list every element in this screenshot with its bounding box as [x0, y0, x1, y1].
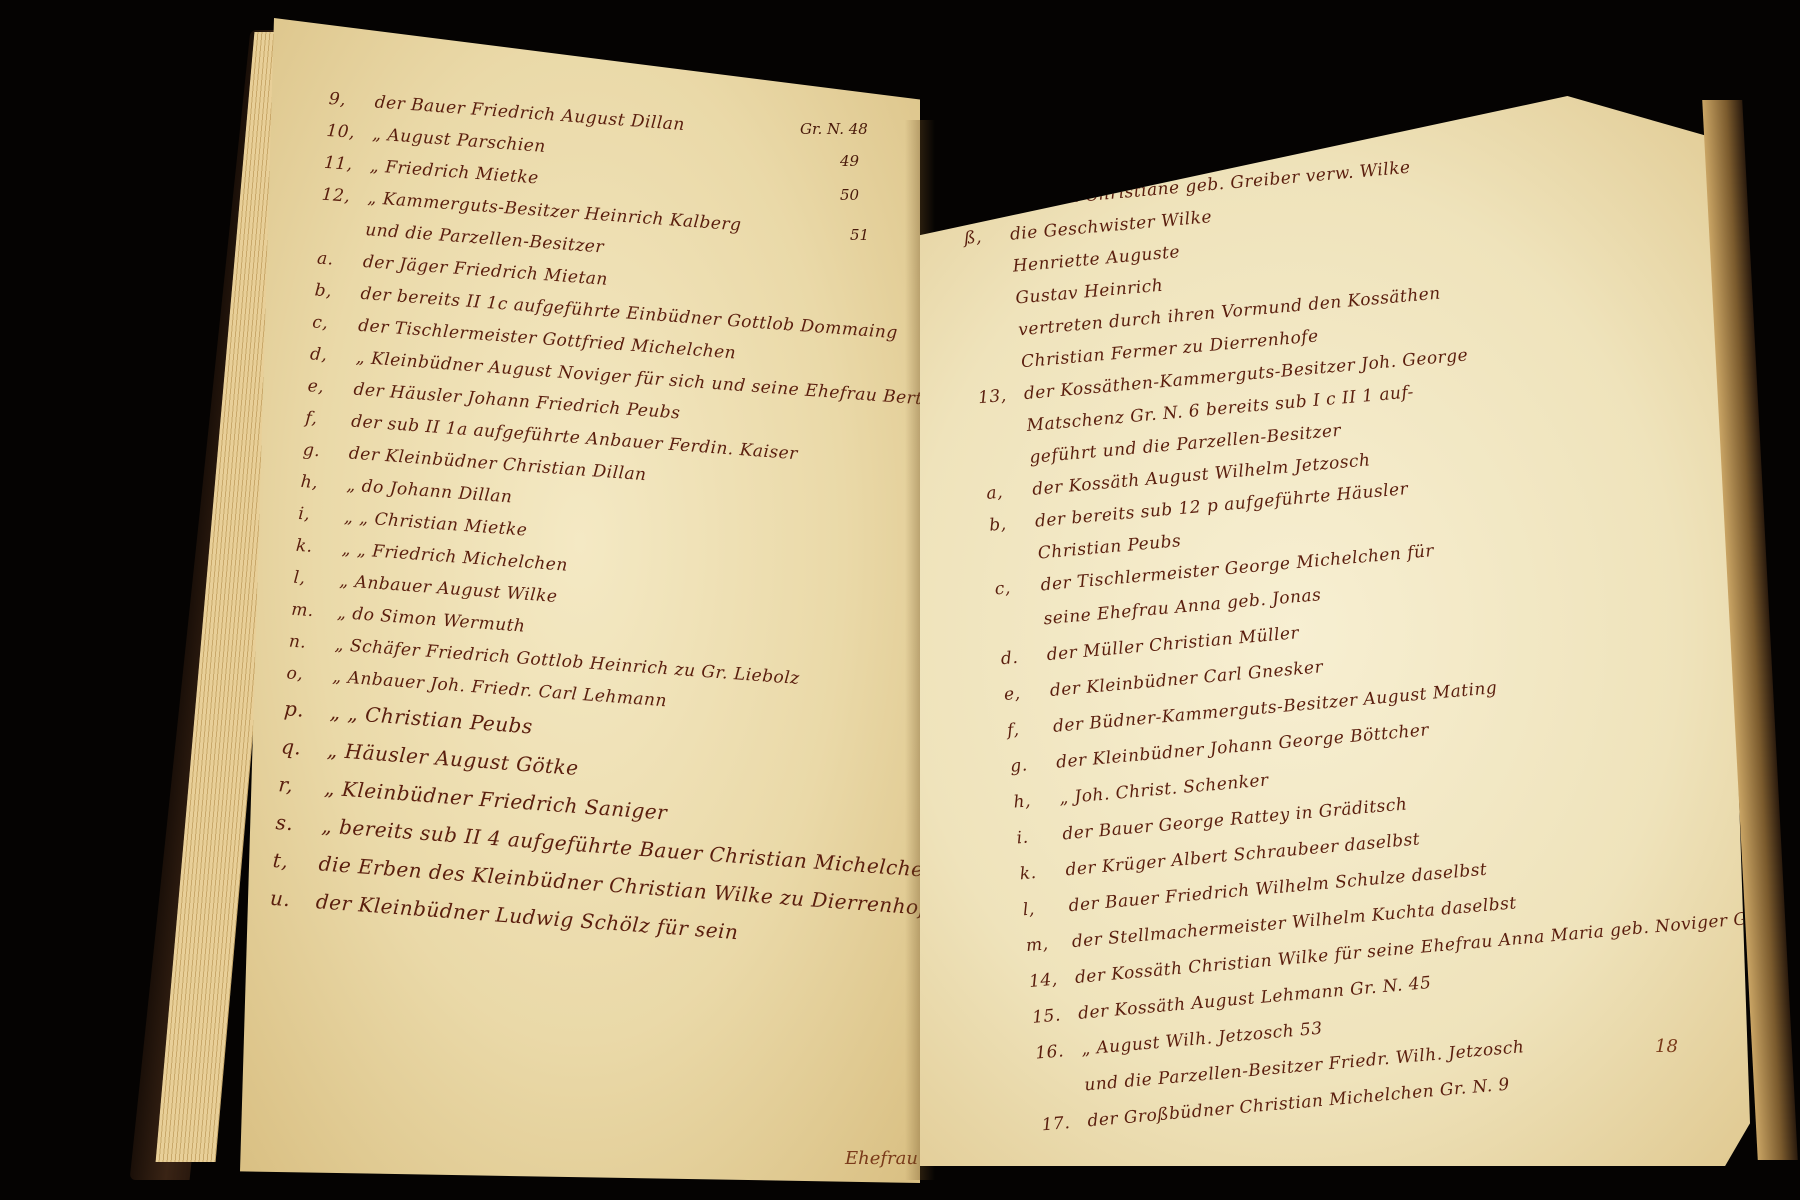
- left-page-entries: 9,der Bauer Friedrich August Dillan 10,„…: [269, 83, 920, 977]
- entry-amount: 49: [840, 152, 859, 170]
- entry-amount: 51: [850, 226, 869, 244]
- entry-amount: Gr. N. 48: [800, 120, 868, 138]
- left-page: 9,der Bauer Friedrich August Dillan 10,„…: [240, 18, 920, 1183]
- right-page: Ehefrau Christiane geb. Greiber verw. Wi…: [920, 96, 1750, 1166]
- open-ledger-book: 9,der Bauer Friedrich August Dillan 10,„…: [0, 0, 1800, 1200]
- right-page-entries: Ehefrau Christiane geb. Greiber verw. Wi…: [960, 122, 1750, 1143]
- page-number: 18: [1655, 1036, 1678, 1057]
- entry-amount: 50: [840, 186, 859, 204]
